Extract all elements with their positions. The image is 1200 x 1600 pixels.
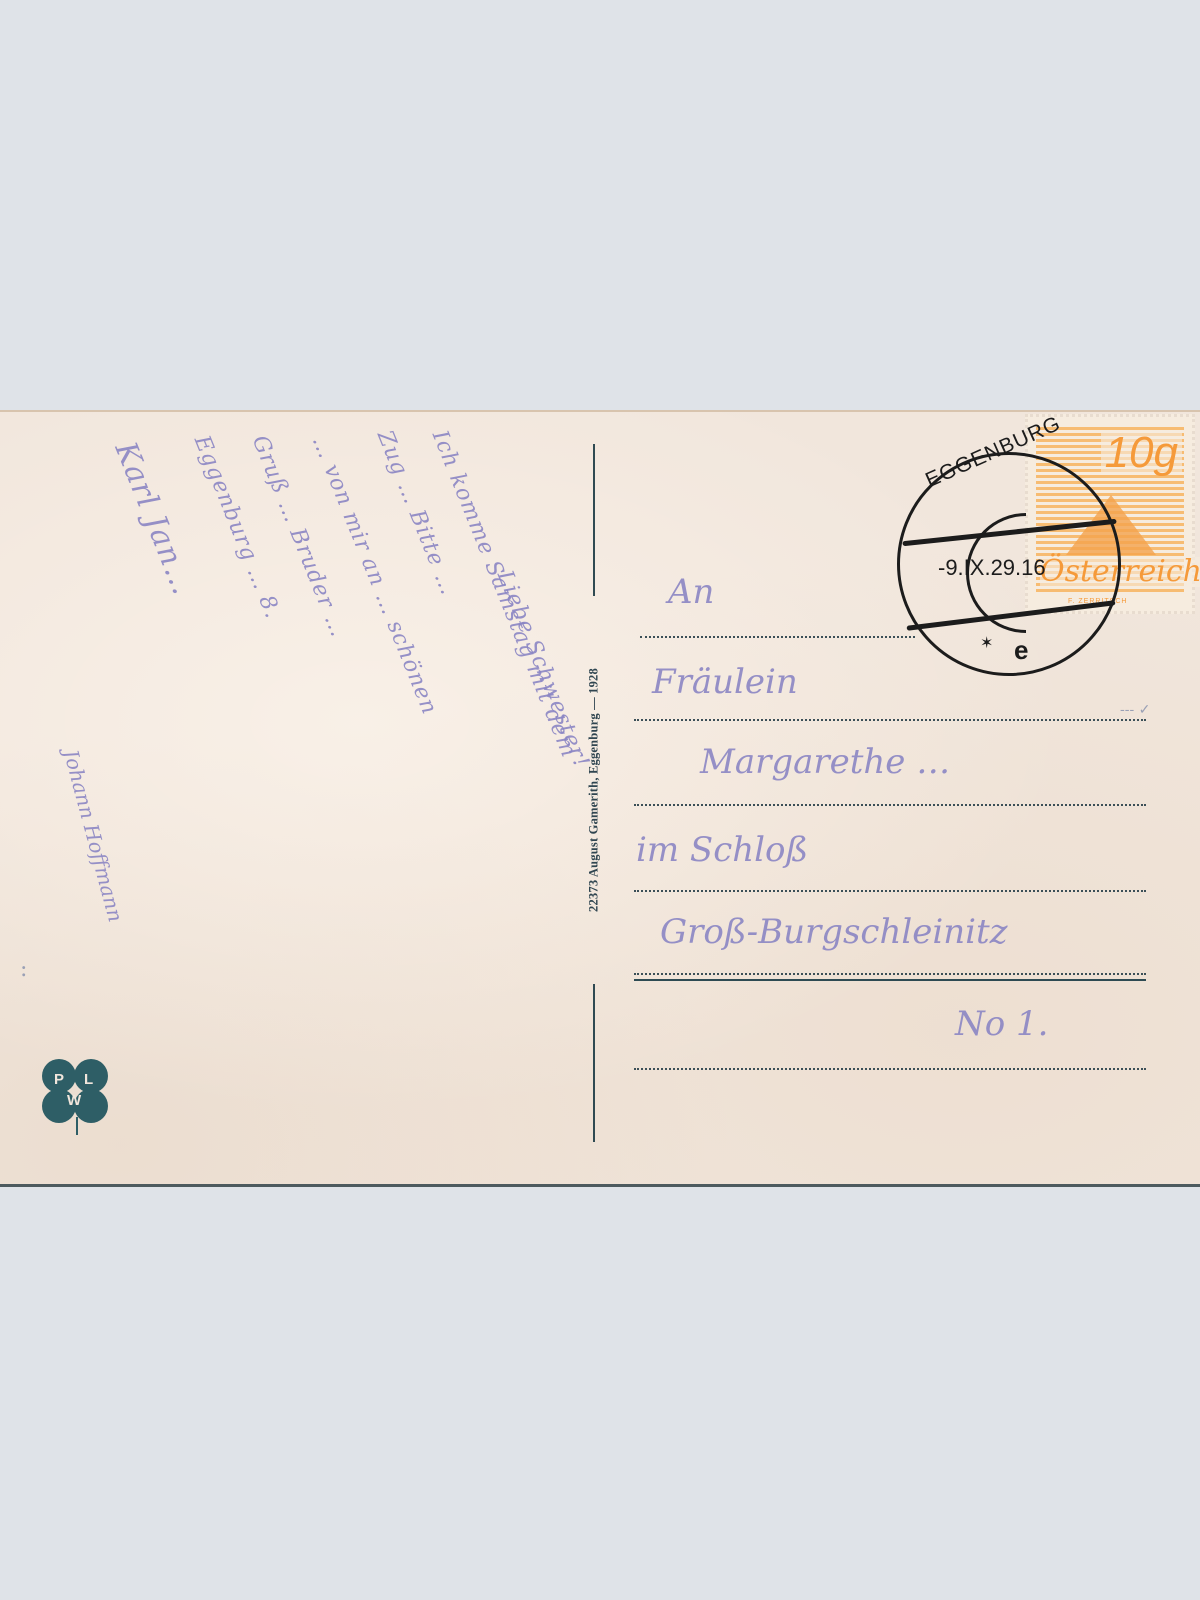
address-underline	[634, 979, 1146, 981]
pencil-mark: :	[20, 957, 27, 982]
logo-letter-p: P	[54, 1071, 64, 1088]
clover-stem	[76, 1117, 78, 1135]
message-closing: Karl Jan…	[108, 437, 201, 600]
message-line: Ich komme Samstag mit dem	[427, 427, 582, 761]
address-street: im Schloß	[636, 830, 808, 870]
address-line-2	[634, 719, 1146, 721]
pencil-mark: --- ✓	[1120, 702, 1150, 718]
postcard-back: Liebe Schwester! Ich komme Samstag mit d…	[0, 410, 1200, 1187]
address-line-1	[640, 636, 915, 638]
address-name-line-2: Margarethe …	[700, 742, 950, 782]
address-line-5	[634, 973, 1146, 975]
logo-letter-l: L	[84, 1071, 93, 1088]
star-icon: ✶	[980, 633, 993, 653]
postmark-date: -9.IX.29.16	[938, 555, 1046, 581]
stamp-value: 10g	[1101, 431, 1182, 475]
address-town: Groß-Burgschleinitz	[660, 912, 1008, 952]
address-number: No 1.	[955, 1004, 1048, 1044]
address-line-3	[634, 804, 1146, 806]
publisher-imprint: 22373 August Gamerith, Eggenburg — 1928	[587, 668, 602, 912]
postmark-letter: e	[1014, 635, 1028, 666]
address-name-line-1: Fräulein	[652, 662, 798, 702]
address-line-6	[634, 1068, 1146, 1070]
address-line-4	[634, 890, 1146, 892]
logo-letter-w: W	[67, 1092, 81, 1109]
postmark: EGGENBURG -9.IX.29.16 ✶ e	[897, 452, 1121, 676]
publisher-logo: P L W	[42, 1055, 110, 1135]
divider-line	[593, 444, 595, 596]
address-salutation: An	[668, 572, 714, 612]
message-signature: Johann Hoffmann	[59, 747, 128, 924]
divider-line	[593, 984, 595, 1142]
